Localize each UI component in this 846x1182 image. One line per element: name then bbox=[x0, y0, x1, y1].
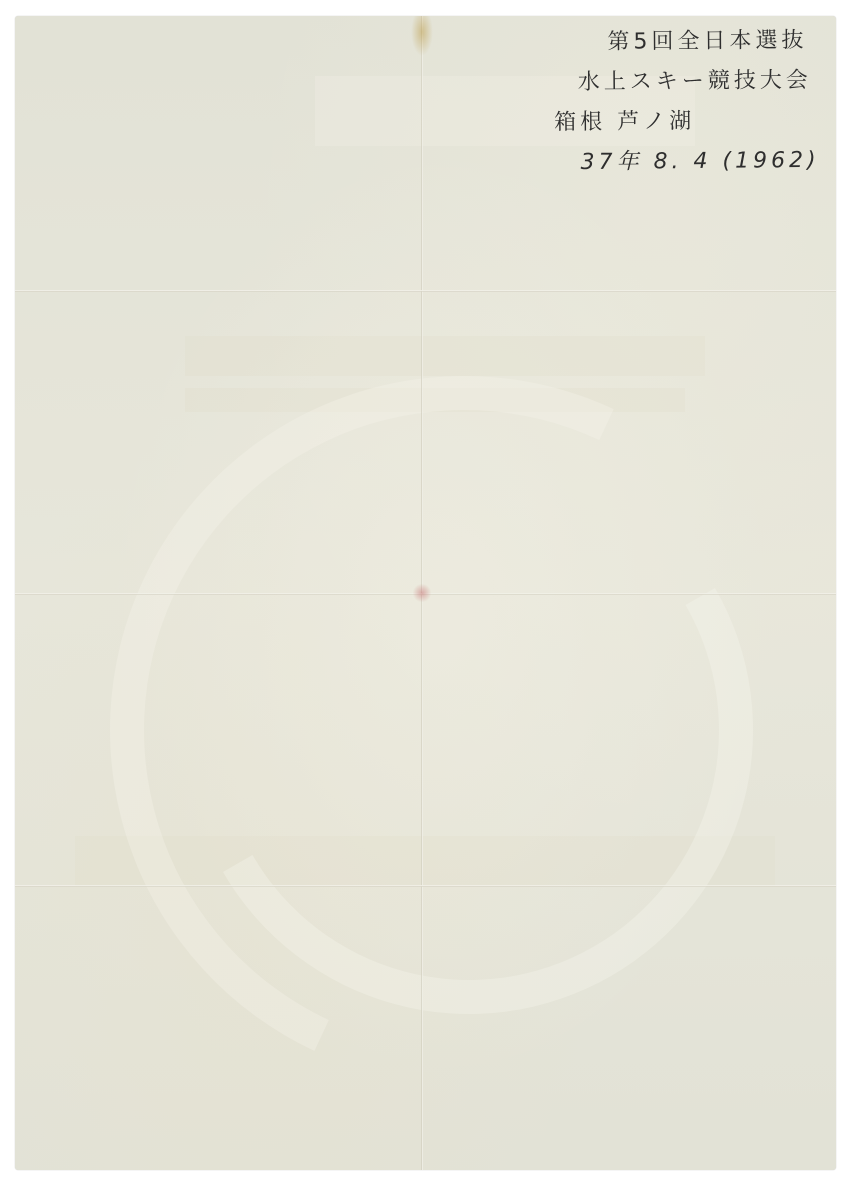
fold-intersection-wear bbox=[411, 582, 433, 604]
note-line-date: 37年 8. 4 (1962) bbox=[548, 141, 838, 184]
horizontal-fold-line bbox=[15, 885, 836, 887]
horizontal-fold-line bbox=[15, 290, 836, 292]
note-line-event-edition: 第5回全日本選抜 bbox=[547, 21, 837, 64]
show-through-print bbox=[185, 336, 705, 376]
poster-sheet bbox=[15, 16, 836, 1170]
age-stain bbox=[411, 16, 433, 56]
handwritten-annotation: 第5回全日本選抜 水上スキー競技大会 箱根 芦ノ湖 37年 8. 4 (1962… bbox=[547, 21, 838, 184]
note-line-location: 箱根 芦ノ湖 bbox=[548, 101, 838, 144]
note-line-event-name: 水上スキー競技大会 bbox=[548, 61, 838, 104]
